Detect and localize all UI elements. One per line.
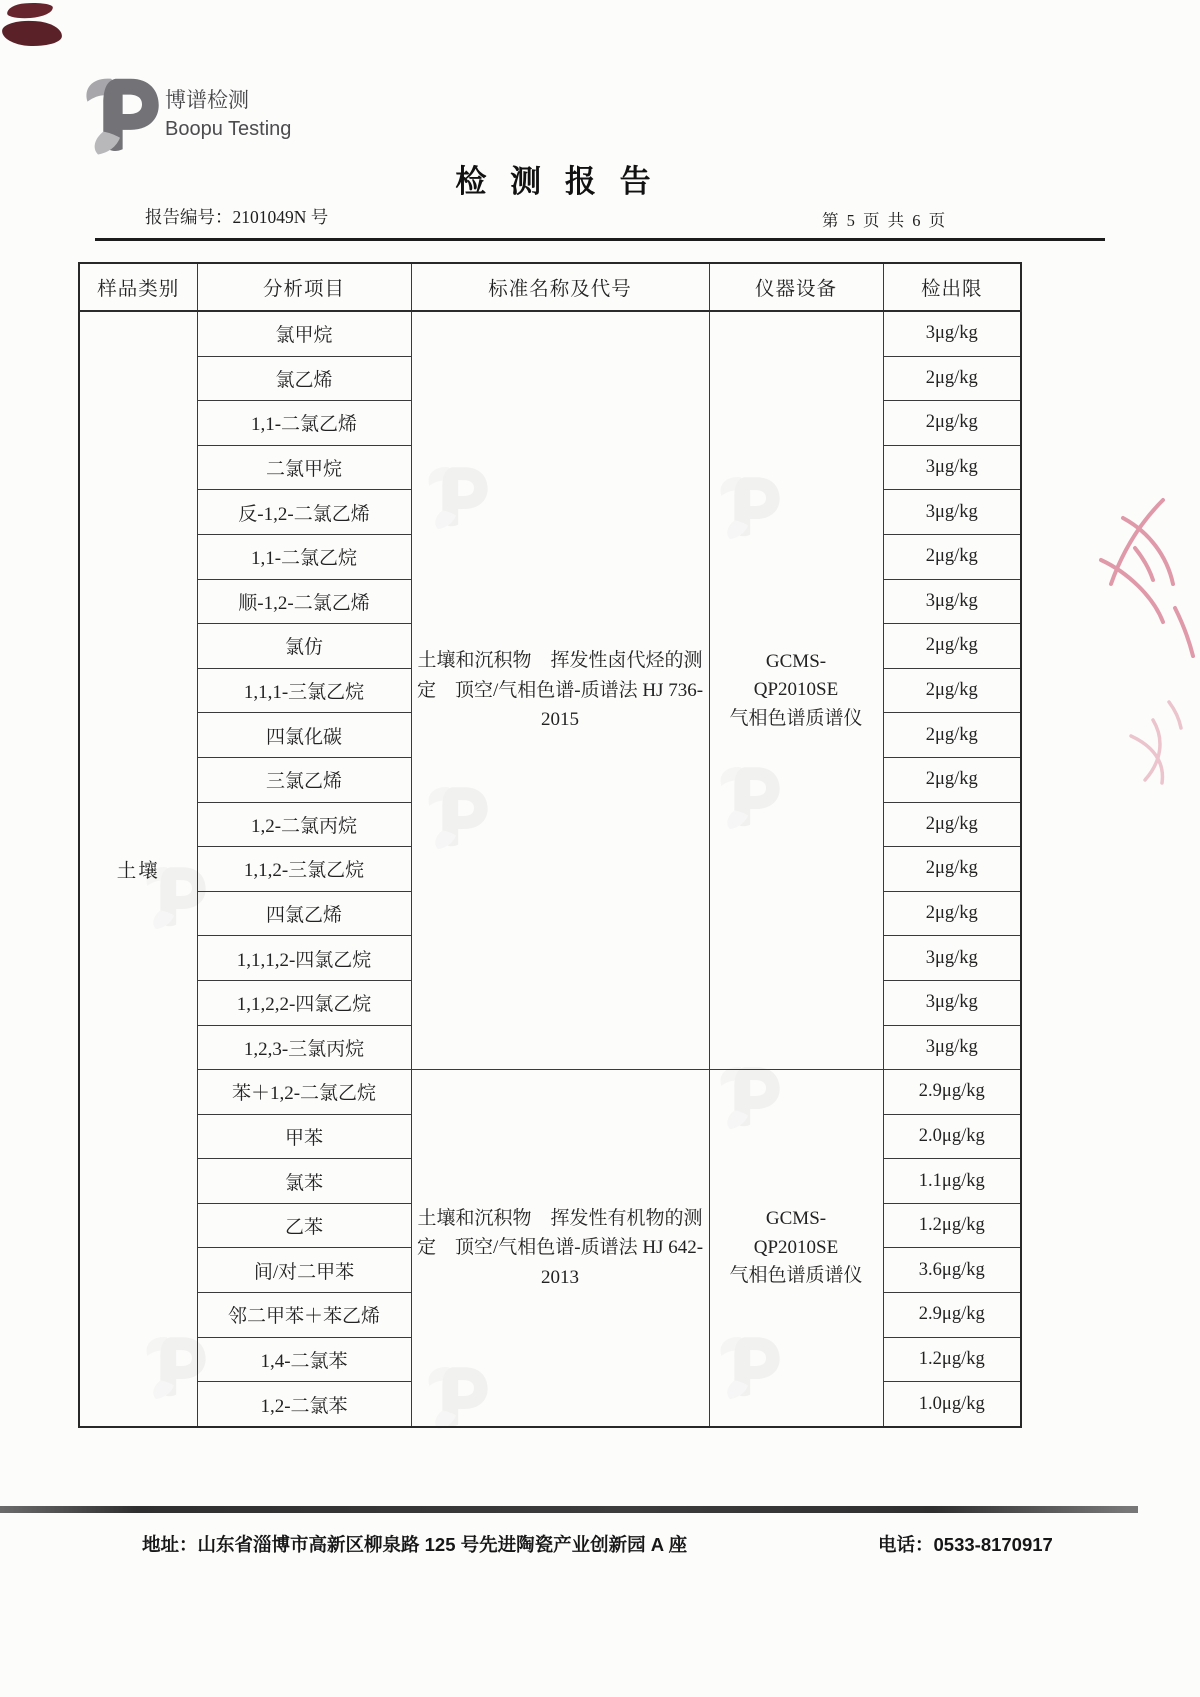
- brand-name: 博谱检测 Boopu Testing: [165, 87, 291, 143]
- detection-limit-cell: 2μg/kg: [883, 713, 1021, 758]
- analysis-item-cell: 邻二甲苯＋苯乙烯: [197, 1293, 411, 1338]
- analysis-item-cell: 苯＋1,2-二氯乙烷: [197, 1070, 411, 1115]
- detection-limit-cell: 2μg/kg: [883, 847, 1021, 892]
- detection-limit-cell: 2μg/kg: [883, 356, 1021, 401]
- column-header-2: 标准名称及代号: [411, 263, 709, 311]
- scanned-report-page: { "header": { "brand_cn": "博谱检测", "brand…: [0, 0, 1200, 1697]
- table-row: 苯＋1,2-二氯乙烷土壤和沉积物 挥发性有机物的测定 顶空/气相色谱-质谱法 H…: [79, 1070, 1021, 1115]
- analysis-item-cell: 顺-1,2-二氯乙烯: [197, 579, 411, 624]
- analysis-item-cell: 甲苯: [197, 1114, 411, 1159]
- table-header-row: 样品类别分析项目标准名称及代号仪器设备检出限: [79, 263, 1021, 311]
- detection-limit-cell: 3μg/kg: [883, 1025, 1021, 1070]
- detection-limit-cell: 1.0μg/kg: [883, 1382, 1021, 1427]
- header-rule: [95, 238, 1105, 241]
- analysis-item-cell: 反-1,2-二氯乙烯: [197, 490, 411, 535]
- detection-limit-cell: 3μg/kg: [883, 445, 1021, 490]
- report-title: 检 测 报 告: [455, 156, 658, 201]
- analysis-item-cell: 氯甲烷: [197, 311, 411, 356]
- standard-cell: 土壤和沉积物 挥发性卤代烃的测定 顶空/气相色谱-质谱法 HJ 736-2015: [411, 311, 709, 1070]
- instrument-cell: GCMS-QP2010SE气相色谱质谱仪: [709, 1070, 883, 1427]
- detection-limit-cell: 3μg/kg: [883, 490, 1021, 535]
- detection-limit-cell: 2μg/kg: [883, 401, 1021, 446]
- detection-limit-cell: 2μg/kg: [883, 802, 1021, 847]
- analysis-item-cell: 1,1-二氯乙烷: [197, 534, 411, 579]
- detection-limit-cell: 2μg/kg: [883, 534, 1021, 579]
- analysis-item-cell: 二氯甲烷: [197, 445, 411, 490]
- analysis-item-cell: 氯乙烯: [197, 356, 411, 401]
- analysis-item-cell: 四氯化碳: [197, 713, 411, 758]
- report-number-label: 报告编号：: [145, 207, 233, 227]
- detection-limit-cell: 2.9μg/kg: [883, 1070, 1021, 1115]
- sample-category-cell: 土壤: [79, 311, 197, 1427]
- analysis-item-cell: 氯苯: [197, 1159, 411, 1204]
- detection-limit-cell: 1.2μg/kg: [883, 1203, 1021, 1248]
- test-items-table: 样品类别分析项目标准名称及代号仪器设备检出限 土壤氯甲烷土壤和沉积物 挥发性卤代…: [78, 262, 1022, 1428]
- brand-name-en: Boopu Testing: [165, 115, 291, 143]
- table-row: 土壤氯甲烷土壤和沉积物 挥发性卤代烃的测定 顶空/气相色谱-质谱法 HJ 736…: [79, 311, 1021, 356]
- brand-name-cn: 博谱检测: [165, 87, 291, 115]
- analysis-item-cell: 1,1,2,2-四氯乙烷: [197, 980, 411, 1025]
- analysis-item-cell: 间/对二甲苯: [197, 1248, 411, 1293]
- column-header-0: 样品类别: [79, 263, 197, 311]
- detection-limit-cell: 3μg/kg: [883, 936, 1021, 981]
- column-header-4: 检出限: [883, 263, 1021, 311]
- analysis-item-cell: 1,2-二氯苯: [197, 1382, 411, 1427]
- page-indicator: 第 5 页 共 6 页: [822, 207, 947, 231]
- analysis-item-cell: 1,1,1,2-四氯乙烷: [197, 936, 411, 981]
- brand-logo-icon: [76, 70, 164, 158]
- detection-limit-cell: 2μg/kg: [883, 624, 1021, 669]
- analysis-item-cell: 1,2-二氯丙烷: [197, 802, 411, 847]
- analysis-item-cell: 1,1,2-三氯乙烷: [197, 847, 411, 892]
- analysis-item-cell: 三氯乙烯: [197, 757, 411, 802]
- footer-rule: [0, 1506, 1138, 1513]
- analysis-item-cell: 乙苯: [197, 1203, 411, 1248]
- detection-limit-cell: 3μg/kg: [883, 579, 1021, 624]
- analysis-item-cell: 1,4-二氯苯: [197, 1337, 411, 1382]
- standard-cell: 土壤和沉积物 挥发性有机物的测定 顶空/气相色谱-质谱法 HJ 642-2013: [411, 1070, 709, 1427]
- report-number: 报告编号：2101049N 号: [145, 204, 328, 229]
- detection-limit-cell: 2μg/kg: [883, 891, 1021, 936]
- footer-phone: 电话：0533-8170917: [878, 1531, 1053, 1557]
- analysis-item-cell: 四氯乙烯: [197, 891, 411, 936]
- red-stamp-icon: [1065, 488, 1200, 798]
- footer-address: 地址：山东省淄博市高新区柳泉路 125 号先进陶瓷产业创新园 A 座: [142, 1531, 687, 1557]
- report-number-value: 2101049N 号: [233, 207, 329, 227]
- detection-limit-cell: 3μg/kg: [883, 311, 1021, 356]
- analysis-item-cell: 1,1-二氯乙烯: [197, 401, 411, 446]
- detection-limit-cell: 3.6μg/kg: [883, 1248, 1021, 1293]
- analysis-item-cell: 氯仿: [197, 624, 411, 669]
- detection-limit-cell: 2μg/kg: [883, 757, 1021, 802]
- analysis-item-cell: 1,2,3-三氯丙烷: [197, 1025, 411, 1070]
- corner-ink-stain: [7, 1, 54, 19]
- detection-limit-cell: 2.0μg/kg: [883, 1114, 1021, 1159]
- corner-ink-stain: [1, 19, 62, 47]
- instrument-cell: GCMS-QP2010SE气相色谱质谱仪: [709, 311, 883, 1070]
- detection-limit-cell: 1.1μg/kg: [883, 1159, 1021, 1204]
- detection-limit-cell: 1.2μg/kg: [883, 1337, 1021, 1382]
- column-header-3: 仪器设备: [709, 263, 883, 311]
- detection-limit-cell: 3μg/kg: [883, 980, 1021, 1025]
- column-header-1: 分析项目: [197, 263, 411, 311]
- detection-limit-cell: 2μg/kg: [883, 668, 1021, 713]
- analysis-item-cell: 1,1,1-三氯乙烷: [197, 668, 411, 713]
- detection-limit-cell: 2.9μg/kg: [883, 1293, 1021, 1338]
